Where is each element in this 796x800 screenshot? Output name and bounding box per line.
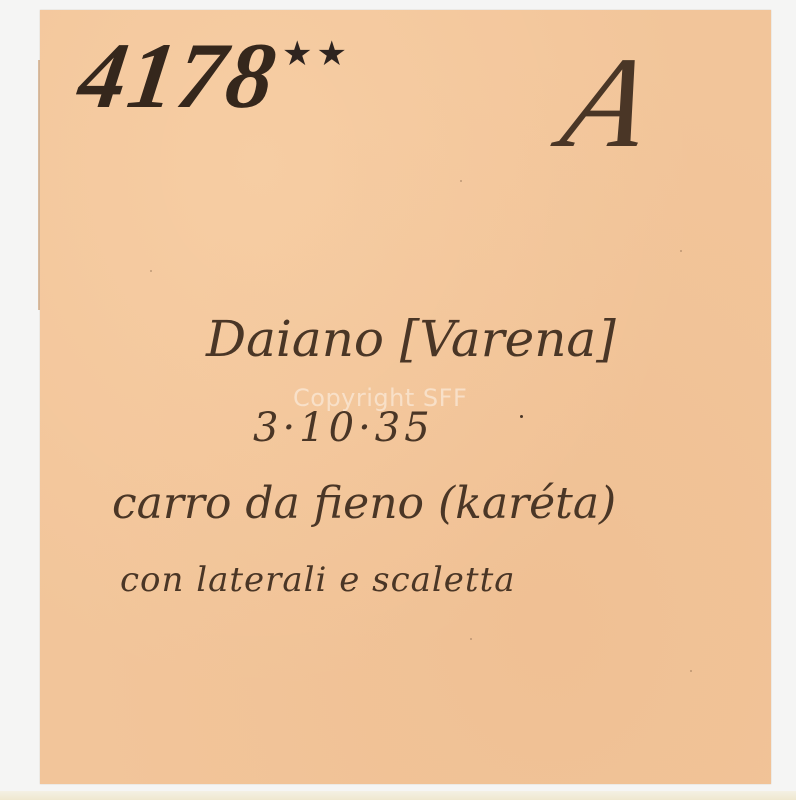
ink-dot <box>520 415 523 418</box>
description-line-1: carro da fieno (karéta) <box>112 478 616 529</box>
place-name: Daiano [Varena] <box>206 310 616 368</box>
catalog-number: 4178 <box>72 22 283 130</box>
paper-speck <box>470 638 472 640</box>
description-line-2: con laterali e scaletta <box>120 560 516 600</box>
scanner-bed-strip <box>0 791 796 800</box>
star-marks-icon: ★★ <box>282 34 351 74</box>
paper-speck <box>690 670 692 672</box>
date: 3·10·35 <box>253 405 434 451</box>
paper-speck <box>680 250 682 252</box>
paper-speck <box>150 270 152 272</box>
paper-speck <box>460 180 462 182</box>
